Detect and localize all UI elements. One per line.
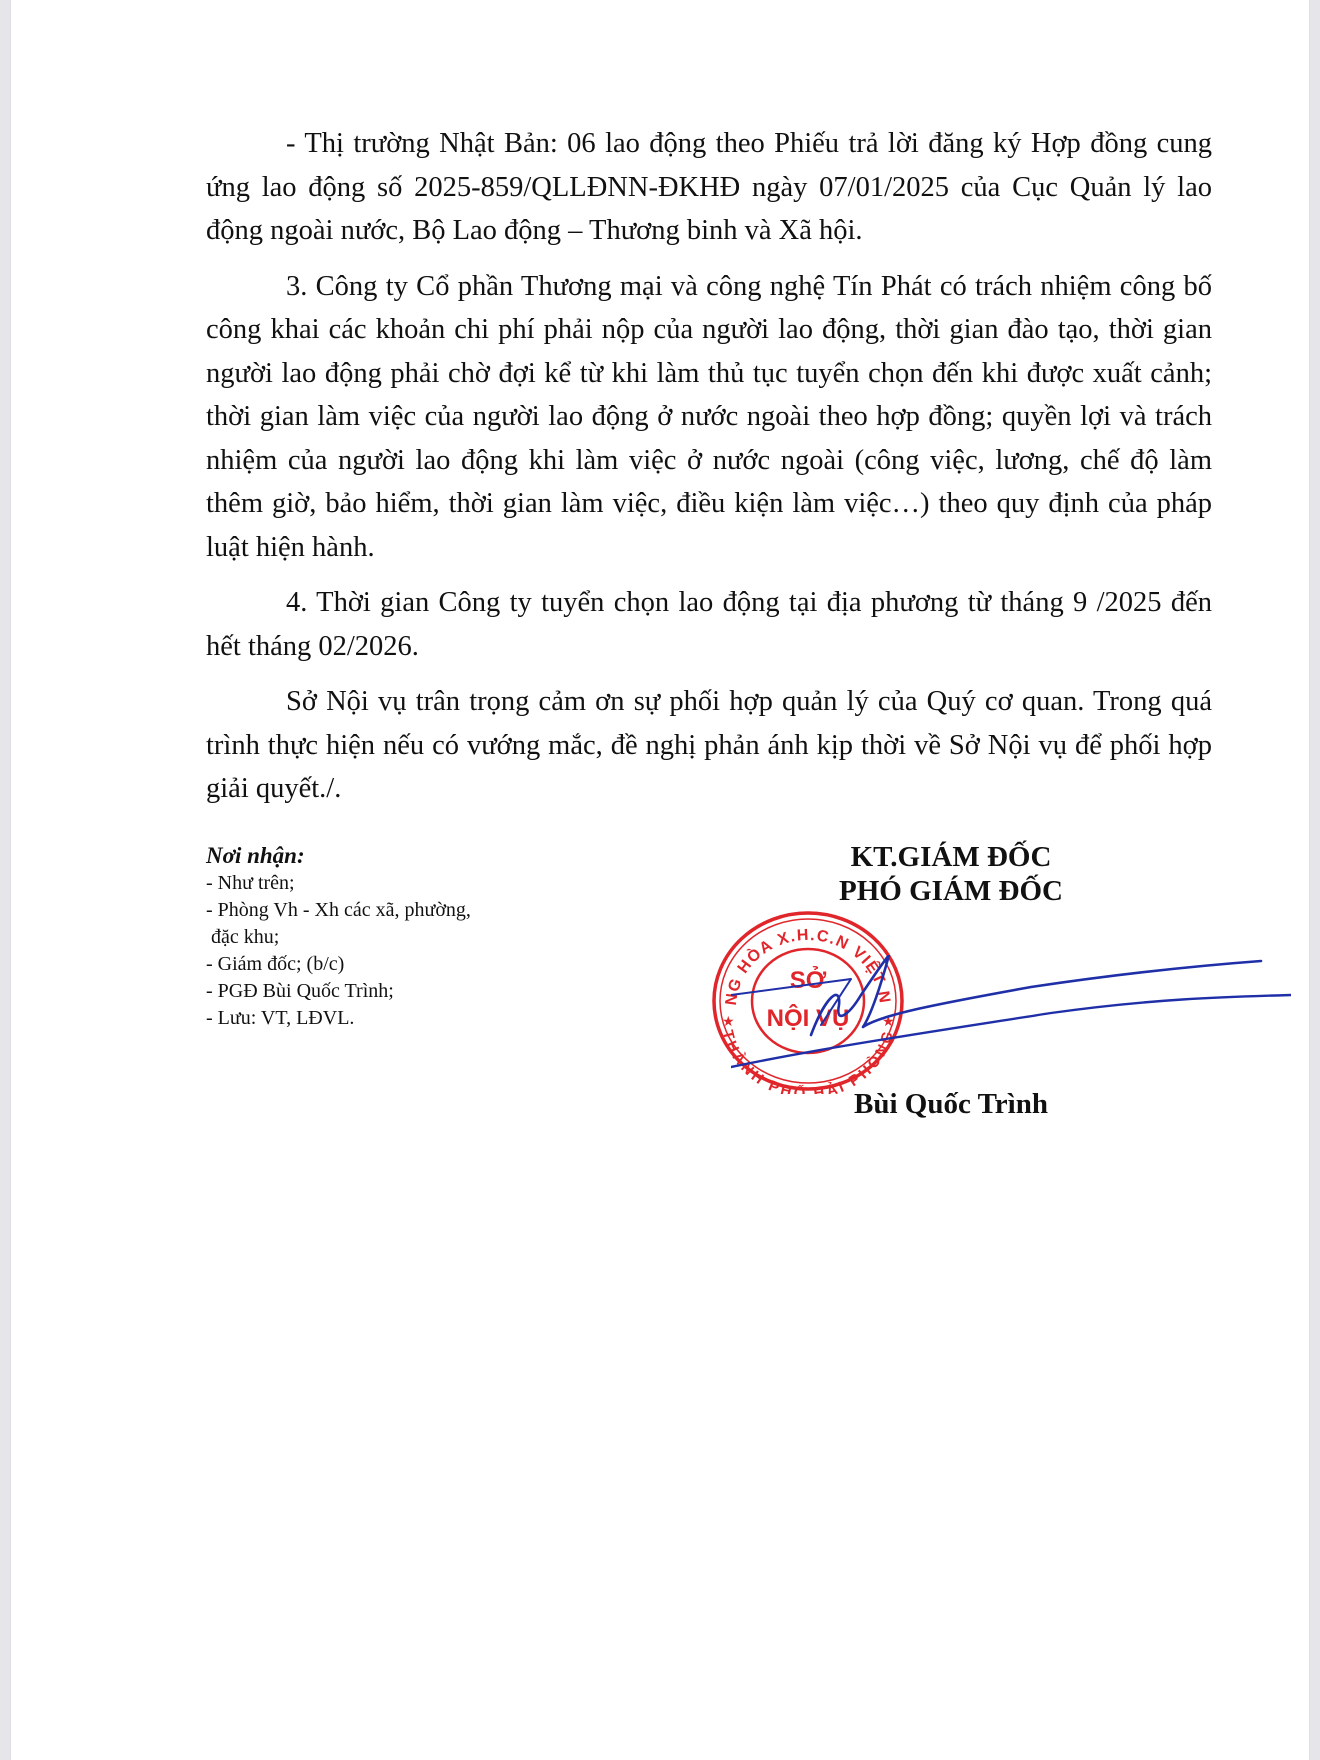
document-page: - Thị trường Nhật Bản: 06 lao động theo … <box>11 0 1309 1760</box>
handwritten-signature-icon <box>731 955 1291 1075</box>
signature-title-line2: PHÓ GIÁM ĐỐC <box>771 874 1131 908</box>
document-body: - Thị trường Nhật Bản: 06 lao động theo … <box>206 122 1212 823</box>
signature-title: KT.GIÁM ĐỐC PHÓ GIÁM ĐỐC <box>771 840 1131 908</box>
paragraph-closing: Sở Nội vụ trân trọng cảm ơn sự phối hợp … <box>206 680 1212 811</box>
recipients-heading: Nơi nhận: <box>206 842 546 870</box>
recipient-item: - PGĐ Bùi Quốc Trình; <box>206 978 546 1005</box>
paragraph-item-3: 3. Công ty Cổ phần Thương mại và công ng… <box>206 265 1212 570</box>
recipients-block: Nơi nhận: - Như trên; - Phòng Vh - Xh cá… <box>206 842 546 1032</box>
recipient-item: - Giám đốc; (b/c) <box>206 951 546 978</box>
recipient-item: - Phòng Vh - Xh các xã, phường, <box>206 897 546 924</box>
signature-title-line1: KT.GIÁM ĐỐC <box>771 840 1131 874</box>
paragraph-japan-market: - Thị trường Nhật Bản: 06 lao động theo … <box>206 122 1212 253</box>
recipient-item: - Như trên; <box>206 870 546 897</box>
recipient-item: - Lưu: VT, LĐVL. <box>206 1005 546 1032</box>
recipient-item: đặc khu; <box>206 924 546 951</box>
signer-name: Bùi Quốc Trình <box>771 1088 1131 1121</box>
paragraph-item-4: 4. Thời gian Công ty tuyển chọn lao động… <box>206 581 1212 668</box>
